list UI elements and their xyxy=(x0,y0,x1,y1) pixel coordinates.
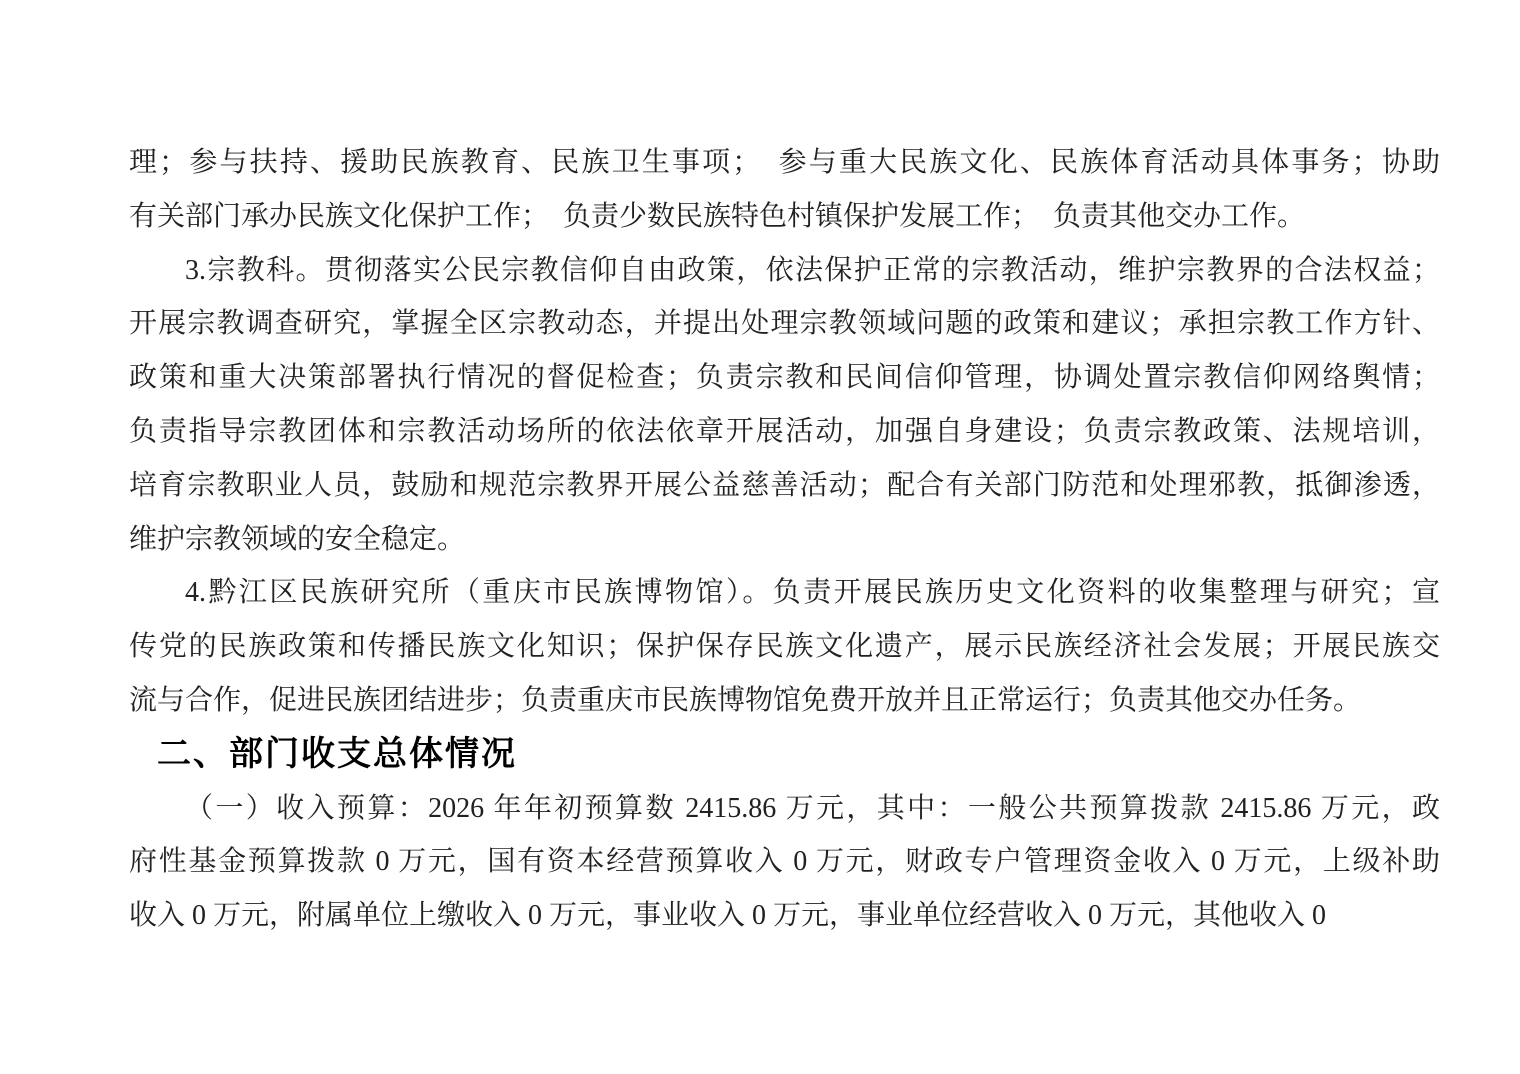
text-line: 有关部门承办民族文化保护工作； 负责少数民族特色村镇保护发展工作； 负责其他交办… xyxy=(129,190,1440,244)
text-line: 开展宗教调查研究，掌握全区宗教动态，并提出处理宗教领域问题的政策和建议；承担宗教… xyxy=(129,297,1440,351)
text-line: 负责指导宗教团体和宗教活动场所的依法依章开展活动，加强自身建设；负责宗教政策、法… xyxy=(129,405,1440,459)
text-line: 3.宗教科。贯彻落实公民宗教信仰自由政策，依法保护正常的宗教活动，维护宗教界的合… xyxy=(129,244,1440,298)
text-block: 理；参与扶持、援助民族教育、民族卫生事项； 参与重大民族文化、民族体育活动具体事… xyxy=(129,136,1440,943)
text-line: 维护宗教领域的安全稳定。 xyxy=(129,513,1440,567)
text-line: 收入 0 万元，附属单位上缴收入 0 万元，事业收入 0 万元，事业单位经营收入… xyxy=(129,889,1440,943)
text-line: 流与合作，促进民族团结进步；负责重庆市民族博物馆免费开放并且正常运行；负责其他交… xyxy=(129,674,1440,728)
text-line: 政策和重大决策部署执行情况的督促检查；负责宗教和民间信仰管理，协调处置宗教信仰网… xyxy=(129,351,1440,405)
text-line: 传党的民族政策和传播民族文化知识；保护保存民族文化遗产，展示民族经济社会发展；开… xyxy=(129,620,1440,674)
text-line: 府性基金预算拨款 0 万元，国有资本经营预算收入 0 万元，财政专户管理资金收入… xyxy=(129,835,1440,889)
text-line: （一）收入预算：2026 年年初预算数 2415.86 万元，其中：一般公共预算… xyxy=(129,782,1440,836)
section-heading: 二、部门收支总体情况 xyxy=(129,728,1440,782)
text-line: 4.黔江区民族研究所（重庆市民族博物馆）。负责开展民族历史文化资料的收集整理与研… xyxy=(129,566,1440,620)
text-line: 培育宗教职业人员，鼓励和规范宗教界开展公益慈善活动；配合有关部门防范和处理邪教，… xyxy=(129,459,1440,513)
text-line: 理；参与扶持、援助民族教育、民族卫生事项； 参与重大民族文化、民族体育活动具体事… xyxy=(129,136,1440,190)
document-page: 理；参与扶持、援助民族教育、民族卫生事项； 参与重大民族文化、民族体育活动具体事… xyxy=(0,0,1520,1074)
